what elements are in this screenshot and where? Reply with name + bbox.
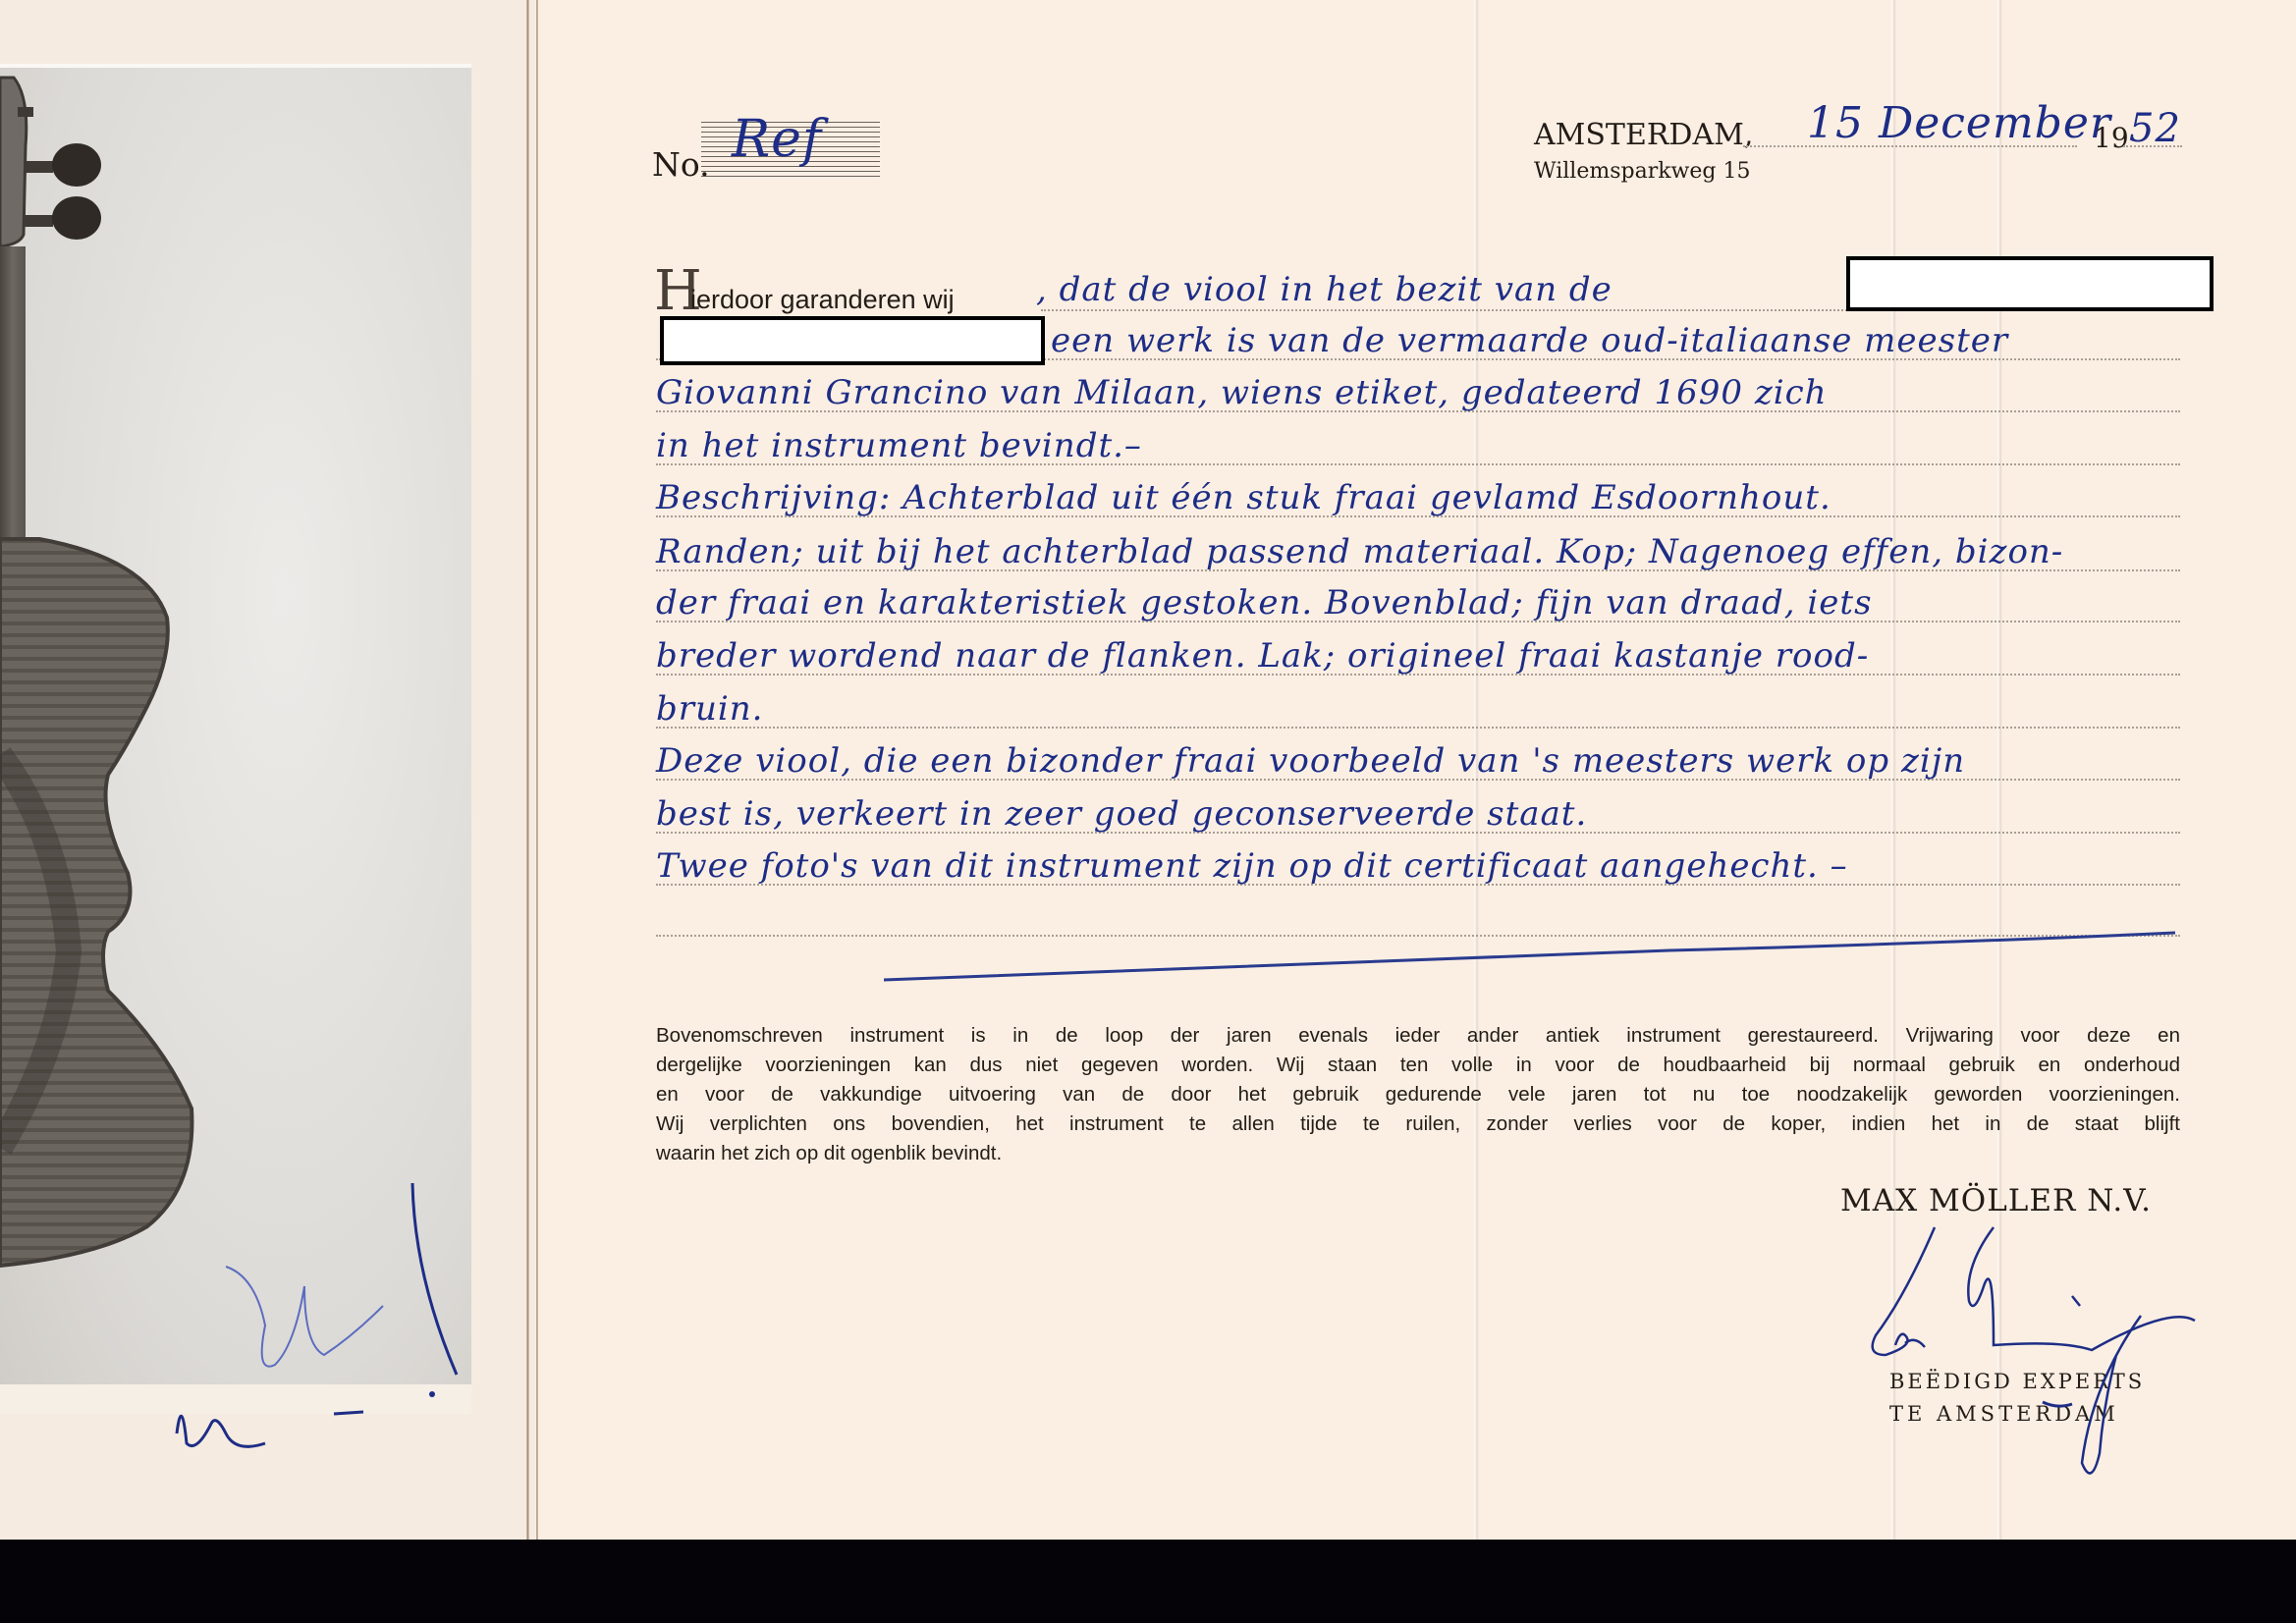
disclaimer-line-5: waarin het zich op dit ogenblik bevindt.: [656, 1139, 2180, 1168]
handwritten-line-3: Giovanni Grancino van Milaan, wiens etik…: [656, 376, 1828, 409]
photo-signature-icon: [157, 1159, 530, 1492]
handwritten-line-11: best is, verkeert in zeer goed geconserv…: [656, 797, 1587, 831]
handwritten-line-12: Twee foto's van dit instrument zijn op d…: [656, 849, 1848, 883]
handwritten-line-4: in het instrument bevindt.–: [656, 429, 1142, 462]
handwritten-line-8: breder wordend naar de flanken. Lak; ori…: [656, 639, 1869, 673]
year-prefix: 19: [2094, 122, 2129, 154]
handwritten-line-10: Deze viool, die een bizonder fraai voorb…: [656, 744, 1965, 778]
handwritten-line-9: bruin.: [656, 692, 764, 726]
fold-line: [526, 0, 529, 1542]
fold-line: [536, 0, 538, 1542]
closing-ink-line-icon: [884, 923, 2180, 992]
disclaimer-line-3: en voor de vakkundige uitvoering van de …: [656, 1080, 2180, 1109]
disclaimer-line-1: Bovenomschreven instrument is in de loop…: [656, 1021, 2180, 1051]
date-handwritten: 15 December: [1807, 98, 2111, 148]
year-suffix: 52: [2129, 106, 2181, 151]
disclaimer-line-4: Wij verplichten ons bovendien, het instr…: [656, 1109, 2180, 1139]
handwritten-line-2: een werk is van de vermaarde oud-italiaa…: [1051, 324, 2008, 357]
director-signature-icon: [1846, 1208, 2200, 1483]
disclaimer-line-2: dergelijke voorzieningen kan dus niet ge…: [656, 1051, 2180, 1080]
handwritten-line-7: der fraai en karakteristiek gestoken. Bo…: [656, 586, 1873, 620]
address: Willemsparkweg 15: [1534, 159, 1750, 184]
handwritten-line-6: Randen; uit bij het achterblad passend m…: [656, 535, 2063, 568]
redacted-owner-name-2: [660, 316, 1045, 365]
handwritten-line-1: , dat de viool in het bezit van de: [1036, 273, 1613, 306]
disclaimer-text: Bovenomschreven instrument is in de loop…: [656, 1021, 2180, 1168]
redacted-owner-name-1: [1846, 256, 2214, 311]
reference-value: Ref: [732, 110, 822, 169]
scanner-background: [0, 1540, 2296, 1623]
handwritten-line-5: Beschrijving: Achterblad uit één stuk fr…: [656, 481, 1831, 514]
lead-text: ierdoor garanderen wij: [690, 285, 955, 315]
city-label: AMSTERDAM,: [1534, 118, 1753, 152]
